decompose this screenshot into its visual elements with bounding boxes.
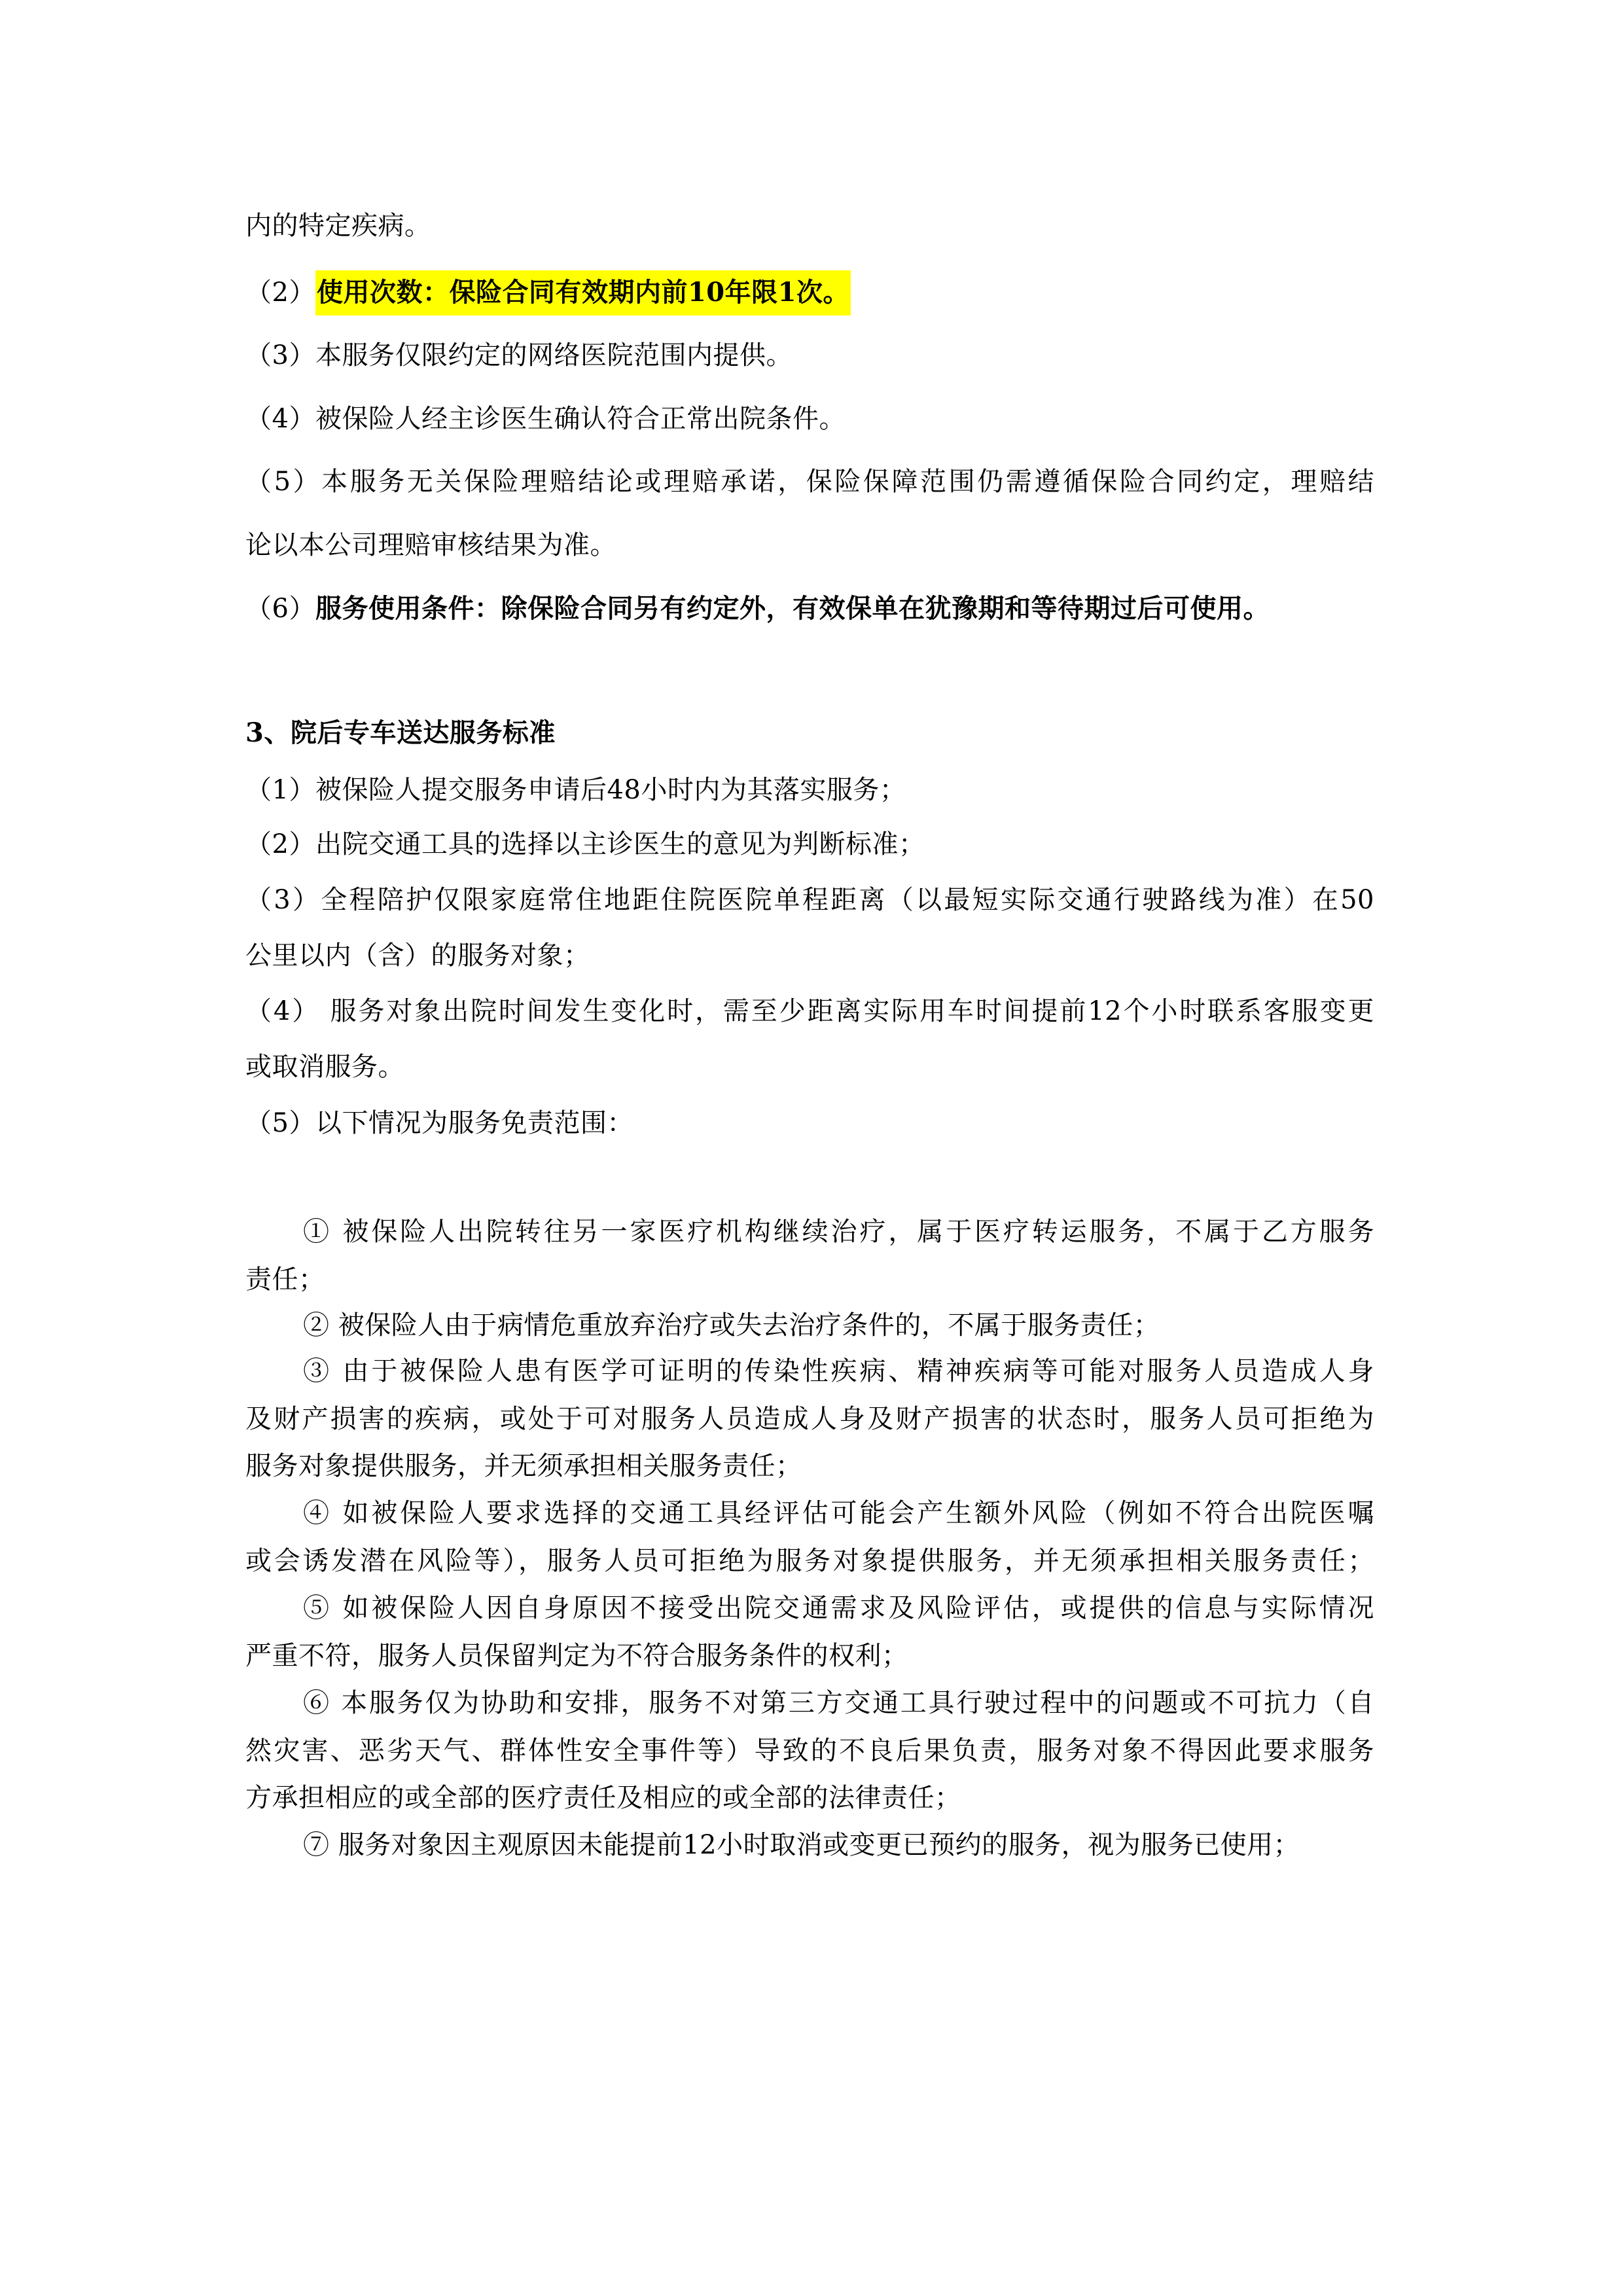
s3-item-4-continuation: 或取消服务。 <box>245 1049 404 1085</box>
item-6-usage-condition: （6）服务使用条件：除保险合同另有约定外，有效保单在犹豫期和等待期过后可使用。 <box>245 590 1270 627</box>
s3-item-1: （1）被保险人提交服务申请后48小时内为其落实服务； <box>245 772 906 808</box>
exclusion-5: ⑤ 如被保险人因自身原因不接受出院交通需求及风险评估，或提供的信息与实际情况 <box>303 1590 1374 1626</box>
exclusion-6-line3: 方承担相应的或全部的医疗责任及相应的或全部的法律责任； <box>245 1780 961 1816</box>
circled-number: ② <box>303 1310 330 1340</box>
circled-number: ④ <box>303 1498 332 1528</box>
item-number: （5） <box>245 467 321 497</box>
exclusion-1-continuation: 责任； <box>245 1261 325 1298</box>
item-text: 服务使用条件：除保险合同另有约定外，有效保单在犹豫期和等待期过后可使用。 <box>315 593 1270 624</box>
circled-number: ① <box>303 1217 332 1247</box>
item-5-claims-disclaimer: （5）本服务无关保险理赔结论或理赔承诺，保险保障范围仍需遵循保险合同约定，理赔结 <box>245 463 1374 500</box>
circled-number: ⑦ <box>303 1830 330 1860</box>
circled-number: ⑤ <box>303 1593 332 1623</box>
item-text: 被保险人提交服务申请后48小时内为其落实服务； <box>315 775 906 805</box>
item-number: （2） <box>245 829 315 859</box>
exclusion-text: 由于被保险人患有医学可证明的传染性疾病、精神疾病等可能对服务人员造成人身 <box>332 1356 1374 1386</box>
s3-item-3: （3）全程陪护仅限家庭常住地距住院医院单程距离（以最短实际交通行驶路线为准）在5… <box>245 882 1374 918</box>
item-text: 出院交通工具的选择以主诊医生的意见为判断标准； <box>315 829 925 859</box>
exclusion-3-line2: 及财产损害的疾病，或处于可对服务人员造成人身及财产损害的状态时，服务人员可拒绝为 <box>245 1401 1374 1437</box>
exclusion-text: 本服务仅为协助和安排，服务不对第三方交通工具行驶过程中的问题或不可抗力（自 <box>331 1688 1374 1718</box>
exclusion-text: 被保险人出院转往另一家医疗机构继续治疗，属于医疗转运服务，不属于乙方服务 <box>332 1217 1374 1247</box>
item-number: （4） <box>245 996 320 1026</box>
exclusion-4: ④ 如被保险人要求选择的交通工具经评估可能会产生额外风险（例如不符合出院医嘱 <box>303 1495 1374 1532</box>
item-number: （3） <box>245 340 315 370</box>
item-text: 本服务仅限约定的网络医院范围内提供。 <box>315 340 793 370</box>
item-number: （5） <box>245 1108 315 1138</box>
document-page: 内的特定疾病。 （2）使用次数：保险合同有效期内前10年限1次。 （3）本服务仅… <box>0 0 1623 2296</box>
circled-number: ③ <box>303 1356 332 1386</box>
item-3-network-hospital: （3）本服务仅限约定的网络医院范围内提供。 <box>245 337 793 374</box>
exclusion-1: ① 被保险人出院转往另一家医疗机构继续治疗，属于医疗转运服务，不属于乙方服务 <box>303 1213 1374 1250</box>
exclusion-3-line3: 服务对象提供服务，并无须承担相关服务责任； <box>245 1448 802 1484</box>
continuation-text: 内的特定疾病。 <box>245 207 431 244</box>
exclusion-text: 被保险人由于病情危重放弃治疗或失去治疗条件的，不属于服务责任； <box>330 1310 1160 1340</box>
item-2-usage-count: （2）使用次数：保险合同有效期内前10年限1次。 <box>245 274 851 311</box>
exclusion-6: ⑥ 本服务仅为协助和安排，服务不对第三方交通工具行驶过程中的问题或不可抗力（自 <box>303 1685 1374 1721</box>
item-text: 本服务无关保险理赔结论或理赔承诺，保险保障范围仍需遵循保险合同约定，理赔结 <box>321 467 1374 497</box>
item-text: 被保险人经主诊医生确认符合正常出院条件。 <box>315 404 846 434</box>
exclusion-5-continuation: 严重不符，服务人员保留判定为不符合服务条件的权利； <box>245 1638 908 1674</box>
item-text: 服务对象出院时间发生变化时，需至少距离实际用车时间提前12个小时联系客服变更 <box>320 996 1374 1026</box>
item-text: 全程陪护仅限家庭常住地距住院医院单程距离（以最短实际交通行驶路线为准）在50 <box>321 885 1374 915</box>
item-number: （2） <box>245 278 315 308</box>
exclusion-text: 如被保险人要求选择的交通工具经评估可能会产生额外风险（例如不符合出院医嘱 <box>332 1498 1374 1528</box>
s3-item-3-continuation: 公里以内（含）的服务对象； <box>245 937 590 974</box>
exclusion-2: ② 被保险人由于病情危重放弃治疗或失去治疗条件的，不属于服务责任； <box>303 1307 1160 1344</box>
item-text: 以下情况为服务免责范围： <box>315 1108 633 1138</box>
exclusion-3: ③ 由于被保险人患有医学可证明的传染性疾病、精神疾病等可能对服务人员造成人身 <box>303 1353 1374 1390</box>
item-number: （6） <box>245 594 315 624</box>
item-number: （4） <box>245 404 315 434</box>
exclusion-4-continuation: 或会诱发潜在风险等），服务人员可拒绝为服务对象提供服务，并无须承担相关服务责任； <box>245 1543 1374 1579</box>
highlighted-text: 使用次数：保险合同有效期内前10年限1次。 <box>315 270 851 315</box>
exclusion-text: 如被保险人因自身原因不接受出院交通需求及风险评估，或提供的信息与实际情况 <box>332 1593 1374 1623</box>
s3-item-5: （5）以下情况为服务免责范围： <box>245 1105 633 1141</box>
item-5-continuation: 论以本公司理赔审核结果为准。 <box>245 527 616 564</box>
exclusion-7: ⑦ 服务对象因主观原因未能提前12小时取消或变更已预约的服务，视为服务已使用； <box>303 1827 1300 1863</box>
item-number: （3） <box>245 885 321 915</box>
s3-item-4: （4） 服务对象出院时间发生变化时，需至少距离实际用车时间提前12个小时联系客服… <box>245 993 1374 1030</box>
exclusion-text: 服务对象因主观原因未能提前12小时取消或变更已预约的服务，视为服务已使用； <box>330 1830 1300 1860</box>
item-number: （1） <box>245 775 315 805</box>
circled-number: ⑥ <box>303 1688 331 1718</box>
section-3-heading: 3、院后专车送达服务标准 <box>245 715 556 751</box>
exclusion-6-line2: 然灾害、恶劣天气、群体性安全事件等）导致的不良后果负责，服务对象不得因此要求服务 <box>245 1732 1374 1769</box>
s3-item-2: （2）出院交通工具的选择以主诊医生的意见为判断标准； <box>245 826 925 863</box>
item-4-discharge-condition: （4）被保险人经主诊医生确认符合正常出院条件。 <box>245 401 846 437</box>
